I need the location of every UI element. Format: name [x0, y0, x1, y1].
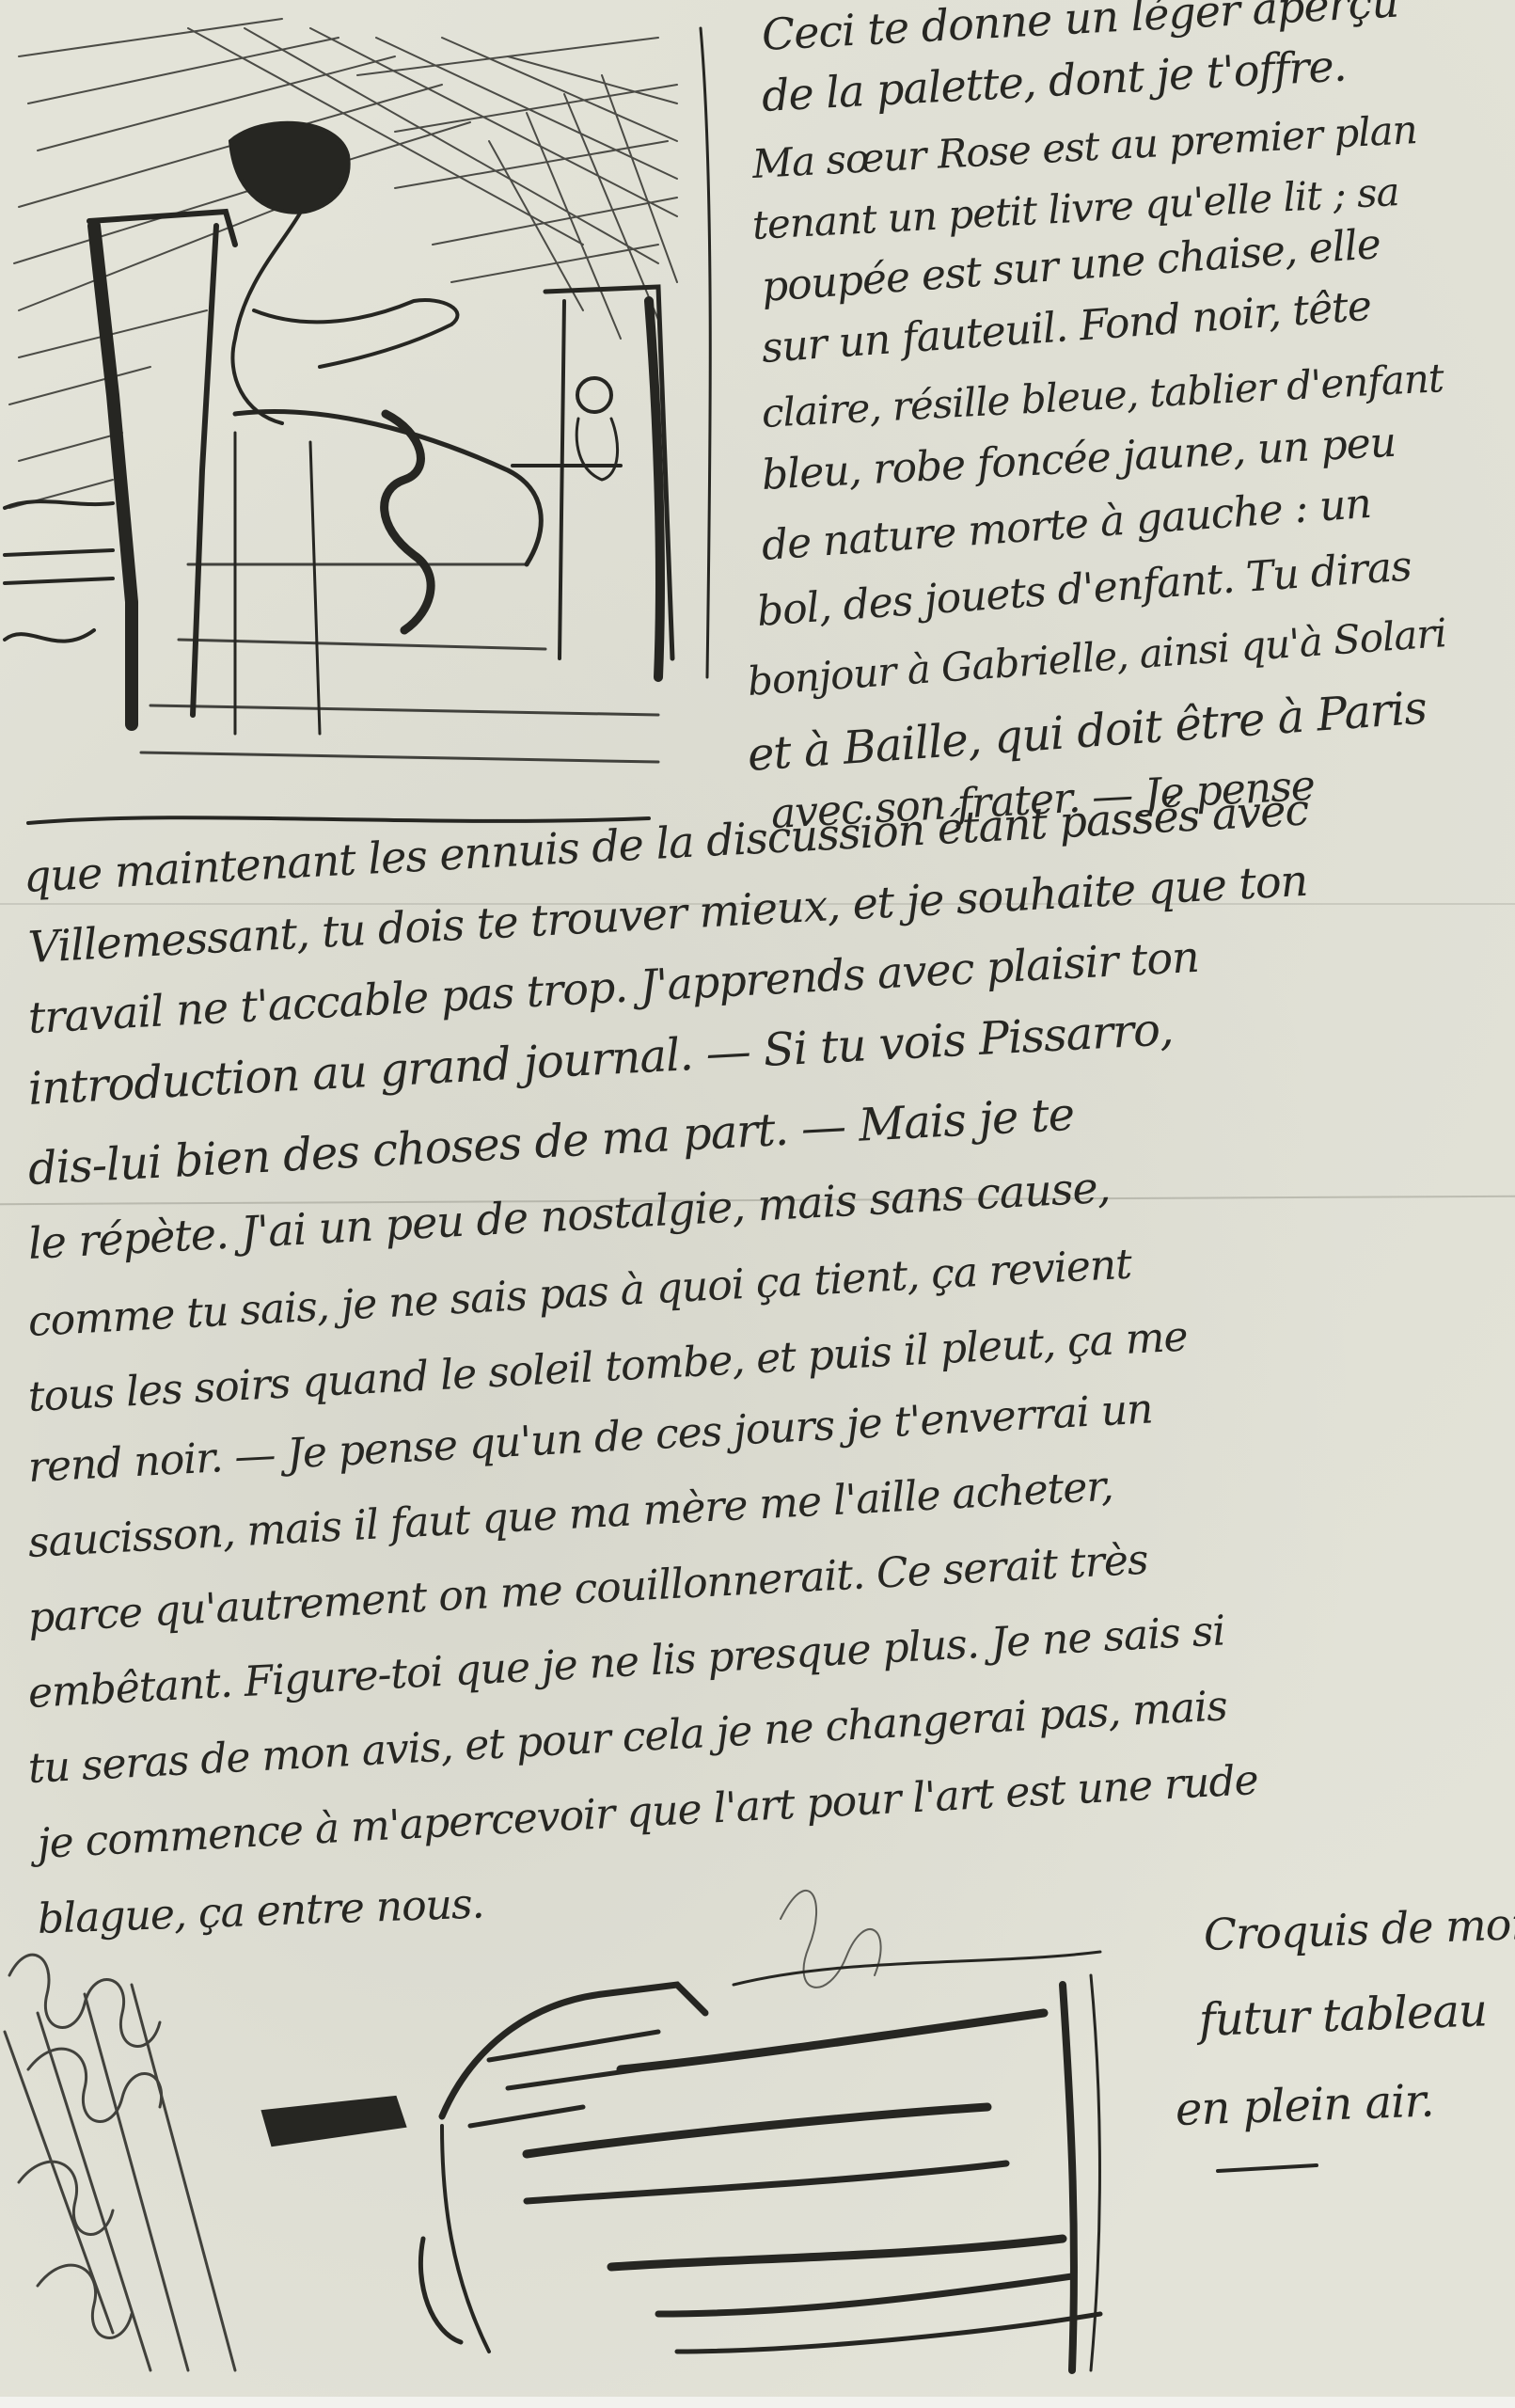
sketch-girl-reading [0, 0, 743, 828]
caption-line: futur tableau [1198, 1984, 1488, 2047]
sketch-plein-air [0, 1844, 1223, 2399]
page-bottom-edge [0, 2397, 1515, 2408]
letter-page: Ceci te donne un léger aperçu de la pale… [0, 0, 1515, 2397]
caption-line: Croquis de mon [1203, 1898, 1515, 1960]
caption-dash [1213, 2154, 1326, 2182]
caption-line: en plein air. [1175, 2074, 1434, 2136]
